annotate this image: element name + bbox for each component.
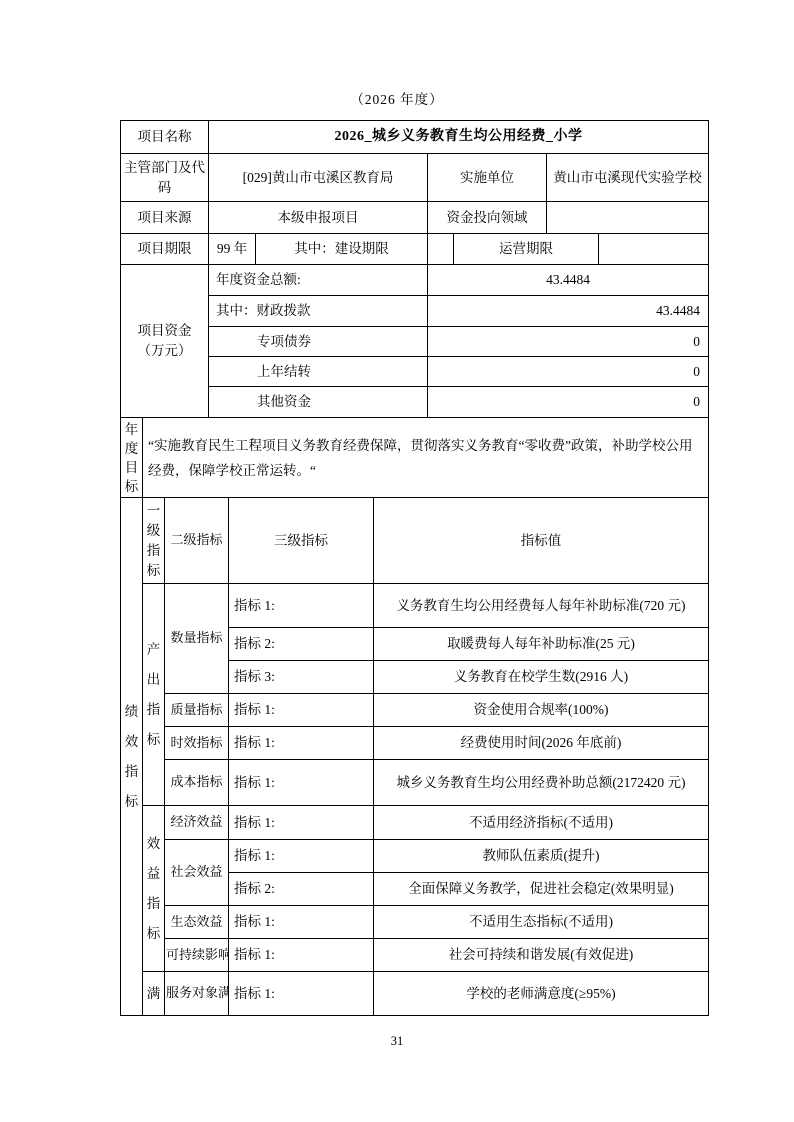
header-level1-text: 一级指标 <box>147 501 161 581</box>
fund-carryover-row: 上年结转 0 <box>121 357 709 387</box>
page-number: 31 <box>0 1034 794 1049</box>
level3-label: 指标 1: <box>229 584 374 628</box>
implement-unit-label: 实施单位 <box>428 154 547 202</box>
indicator-value: 全面保障义务教学，促进社会稳定(效果明显) <box>374 873 709 906</box>
level3-label: 指标 1: <box>229 727 374 760</box>
header-value: 指标值 <box>374 498 709 584</box>
level3-label: 指标 3: <box>229 661 374 694</box>
indicator-row: 质量指标 指标 1: 资金使用合规率(100%) <box>121 694 709 727</box>
indicator-value: 取暖费每人每年补助标准(25 元) <box>374 628 709 661</box>
build-period-value <box>428 234 454 265</box>
indicator-row: 社会效益 指标 1: 教师队伍素质(提升) <box>121 840 709 873</box>
indicator-value: 社会可持续和谐发展(有效促进) <box>374 939 709 972</box>
project-funds-label-text: 项目资金（万元） <box>134 321 195 360</box>
level2-social: 社会效益 <box>165 840 229 906</box>
indicator-value: 不适用经济指标(不适用) <box>374 806 709 840</box>
indicator-row: 时效指标 指标 1: 经费使用时间(2026 年底前) <box>121 727 709 760</box>
level1-benefit-text: 效益指标 <box>147 829 161 949</box>
fund-total-row: 项目资金（万元） 年度资金总额: 43.4484 <box>121 265 709 296</box>
department-row: 主管部门及代码 [029]黄山市屯溪区教育局 实施单位 黄山市屯溪现代实验学校 <box>121 154 709 202</box>
performance-section-label-text: 绩效指标 <box>125 697 139 817</box>
fund-carryover-value: 0 <box>428 357 709 387</box>
level1-output-text: 产出指标 <box>147 635 161 755</box>
build-period-label: 其中：建设期限 <box>256 234 428 265</box>
department-label: 主管部门及代码 <box>121 154 209 202</box>
project-name-value: 2026_城乡义务教育生均公用经费_小学 <box>209 121 709 154</box>
level2-economic: 经济效益 <box>165 806 229 840</box>
indicator-value: 城乡义务教育生均公用经费补助总额(2172420 元) <box>374 760 709 806</box>
fund-bond-value: 0 <box>428 327 709 357</box>
project-funds-label: 项目资金（万元） <box>121 265 209 418</box>
level3-label: 指标 1: <box>229 972 374 1016</box>
fund-bond-row: 专项债券 0 <box>121 327 709 357</box>
indicator-row: 效益指标 经济效益 指标 1: 不适用经济指标(不适用) <box>121 806 709 840</box>
document-body: （2026 年度） 项目名称 2026_城乡义务教育生均公用经费_小学 主管部门… <box>0 0 794 1049</box>
indicator-value: 学校的老师满意度(≥95%) <box>374 972 709 1016</box>
level2-ecological: 生态效益 <box>165 906 229 939</box>
fund-other-label: 其他资金 <box>209 387 428 418</box>
level1-satisfaction-text: 满 <box>147 984 161 1004</box>
project-source-row: 项目来源 本级申报项目 资金投向领域 <box>121 202 709 234</box>
project-name-row: 项目名称 2026_城乡义务教育生均公用经费_小学 <box>121 121 709 154</box>
level3-label: 指标 2: <box>229 628 374 661</box>
indicator-row: 产出指标 数量指标 指标 1: 义务教育生均公用经费每人每年补助标准(720 元… <box>121 584 709 628</box>
indicator-value: 教师队伍素质(提升) <box>374 840 709 873</box>
level2-quality: 质量指标 <box>165 694 229 727</box>
department-label-text: 主管部门及代码 <box>124 158 205 197</box>
document-page: { "page": { "title": "（2026 年度）", "page_… <box>0 0 794 1122</box>
fund-fiscal-value: 43.4484 <box>428 296 709 327</box>
department-value: [029]黄山市屯溪区教育局 <box>209 154 428 202</box>
fund-other-value: 0 <box>428 387 709 418</box>
invest-field-value <box>547 202 709 234</box>
indicator-value: 经费使用时间(2026 年底前) <box>374 727 709 760</box>
annual-goal-row: 年度目标 “实施教育民生工程项目义务教育经费保障，贯彻落实义务教育“零收费”政策… <box>121 418 709 498</box>
indicator-row: 可持续影响 指标 1: 社会可持续和谐发展(有效促进) <box>121 939 709 972</box>
invest-field-label: 资金投向领域 <box>428 202 547 234</box>
annual-goal-table: 年度目标 “实施教育民生工程项目义务教育经费保障，贯彻落实义务教育“零收费”政策… <box>120 417 709 498</box>
level3-label: 指标 1: <box>229 760 374 806</box>
project-source-label: 项目来源 <box>121 202 209 234</box>
level3-label: 指标 1: <box>229 939 374 972</box>
project-name-label: 项目名称 <box>121 121 209 154</box>
fund-total-label: 年度资金总额: <box>209 265 428 296</box>
indicator-value: 资金使用合规率(100%) <box>374 694 709 727</box>
indicator-value: 不适用生态指标(不适用) <box>374 906 709 939</box>
indicator-value: 义务教育生均公用经费每人每年补助标准(720 元) <box>374 584 709 628</box>
project-period-label: 项目期限 <box>121 234 209 265</box>
level2-sustainability: 可持续影响 <box>165 939 229 972</box>
level1-satisfaction: 满 <box>143 972 165 1016</box>
indicator-row: 满 服务对象满 指标 1: 学校的老师满意度(≥95%) <box>121 972 709 1016</box>
header-level2: 二级指标 <box>165 498 229 584</box>
fund-fiscal-label: 其中：财政拨款 <box>209 296 428 327</box>
annual-goal-text: “实施教育民生工程项目义务教育经费保障，贯彻落实义务教育“零收费”政策，补助学校… <box>143 418 709 498</box>
fund-other-row: 其他资金 0 <box>121 387 709 418</box>
annual-goal-label-text: 年度目标 <box>125 420 139 496</box>
project-info-table: 项目名称 2026_城乡义务教育生均公用经费_小学 主管部门及代码 [029]黄… <box>120 120 709 418</box>
header-level3: 三级指标 <box>229 498 374 584</box>
run-period-value <box>599 234 709 265</box>
fund-bond-label: 专项债券 <box>209 327 428 357</box>
run-period-label: 运营期限 <box>454 234 599 265</box>
indicator-row: 成本指标 指标 1: 城乡义务教育生均公用经费补助总额(2172420 元) <box>121 760 709 806</box>
implement-unit-value: 黄山市屯溪现代实验学校 <box>547 154 709 202</box>
level1-output: 产出指标 <box>143 584 165 806</box>
header-level1: 一级指标 <box>143 498 165 584</box>
fund-total-value: 43.4484 <box>428 265 709 296</box>
project-period-row: 项目期限 99 年 其中：建设期限 运营期限 <box>121 234 709 265</box>
project-period-years: 99 年 <box>209 234 256 265</box>
level3-label: 指标 1: <box>229 906 374 939</box>
level3-label: 指标 1: <box>229 694 374 727</box>
indicator-header-row: 绩效指标 一级指标 二级指标 三级指标 指标值 <box>121 498 709 584</box>
level2-timeliness: 时效指标 <box>165 727 229 760</box>
level2-cost: 成本指标 <box>165 760 229 806</box>
level3-label: 指标 1: <box>229 806 374 840</box>
indicator-value: 义务教育在校学生数(2916 人) <box>374 661 709 694</box>
indicator-row: 生态效益 指标 1: 不适用生态指标(不适用) <box>121 906 709 939</box>
performance-indicator-table: 绩效指标 一级指标 二级指标 三级指标 指标值 产出指标 数量指标 指标 1: … <box>120 497 709 1016</box>
fund-carryover-label: 上年结转 <box>209 357 428 387</box>
annual-goal-label: 年度目标 <box>121 418 143 498</box>
project-source-value: 本级申报项目 <box>209 202 428 234</box>
level3-label: 指标 2: <box>229 873 374 906</box>
performance-section-label: 绩效指标 <box>121 498 143 1016</box>
level2-service-target: 服务对象满 <box>165 972 229 1016</box>
document-title: （2026 年度） <box>0 88 794 108</box>
fund-fiscal-row: 其中：财政拨款 43.4484 <box>121 296 709 327</box>
level2-quantity: 数量指标 <box>165 584 229 694</box>
level1-benefit: 效益指标 <box>143 806 165 972</box>
level3-label: 指标 1: <box>229 840 374 873</box>
